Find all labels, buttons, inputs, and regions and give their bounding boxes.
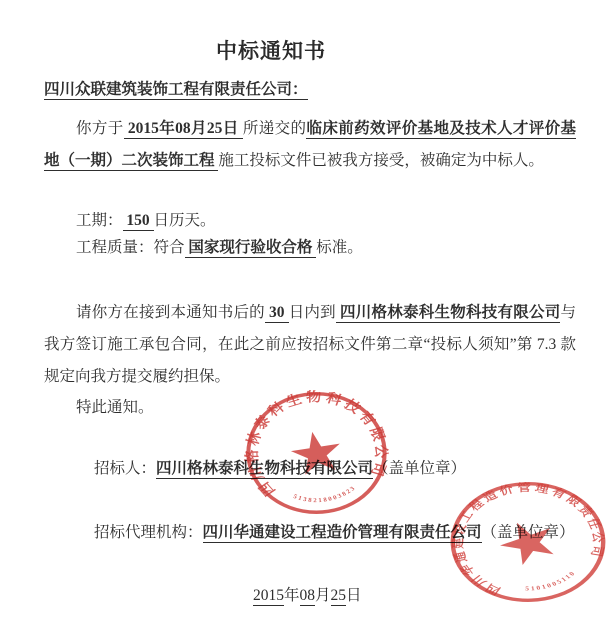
tenderer-company-inline: 四川格林泰科生物科技有限公司	[336, 304, 561, 323]
addressee-line: 四川众联建筑装饰工程有限责任公司：	[44, 80, 308, 100]
agency-label: 招标代理机构：	[94, 524, 203, 541]
date-day-unit: 日	[346, 587, 362, 604]
date-month-unit: 月	[315, 587, 331, 604]
para2-mid: 日内到	[289, 304, 336, 321]
quality-label: 工程质量：符合	[76, 239, 185, 256]
seal-ring-text: 四川格林泰科生物科技有限公司	[244, 390, 389, 502]
tenderer-company-seal: 四川格林泰科生物科技有限公司 5138218003823	[244, 390, 389, 516]
quality-suffix: 标准。	[316, 239, 363, 256]
signature-date: 2015年08月25日	[253, 586, 362, 606]
svg-text:四川格林泰科生物科技有限公司: 四川格林泰科生物科技有限公司	[244, 390, 389, 502]
tenderer-name: 四川格林泰科生物科技有限公司	[156, 460, 373, 479]
seal-ring	[244, 390, 389, 516]
tenderer-line: 招标人：四川格林泰科生物科技有限公司（盖单位章）	[94, 459, 466, 479]
seal-registration-number: 5138218003823	[291, 484, 360, 508]
quality-standard: 国家现行验收合格	[185, 239, 317, 258]
agency-name: 四川华通建设工程造价管理有限责任公司	[203, 524, 482, 543]
contract-instruction-paragraph: 请你方在接到本通知书后的 30 日内到 四川格林泰科生物科技有限公司与我方签订施…	[44, 297, 576, 393]
duration-line: 工期： 150 日历天。	[76, 211, 216, 231]
addressee-company: 四川众联建筑装饰工程有限责任公司：	[44, 81, 308, 100]
para2-lead: 请你方在接到本通知书后的	[76, 304, 265, 321]
tenderer-label: 招标人：	[94, 460, 156, 477]
date-day: 25	[331, 587, 347, 606]
para1-tail: 施工投标文件已被我方接受，被确定为中标人。	[218, 152, 544, 169]
tenderer-seal-note: （盖单位章）	[373, 460, 466, 477]
svg-text:5101005110: 5101005110	[522, 569, 580, 597]
date-month: 08	[300, 587, 316, 606]
agency-line: 招标代理机构：四川华通建设工程造价管理有限责任公司（盖单位章）	[94, 523, 575, 543]
agency-seal-note: （盖单位章）	[482, 524, 575, 541]
para1-lead: 你方于	[76, 120, 124, 137]
svg-text:5138218003823: 5138218003823	[291, 484, 360, 508]
submission-date: 2015年08月25日	[124, 120, 243, 139]
deadline-days: 30	[265, 304, 289, 323]
closing-line: 特此通知。	[76, 398, 154, 418]
document-title: 中标通知书	[45, 35, 497, 65]
date-year: 2015	[253, 587, 284, 606]
date-year-unit: 年	[284, 587, 300, 604]
para1-mid: 所递交的	[243, 120, 307, 137]
acceptance-paragraph: 你方于 2015年08月25日 所递交的临床前药效评价基地及技术人才评价基地（一…	[44, 113, 576, 177]
seal-registration-number: 5101005110	[522, 569, 580, 597]
duration-label: 工期：	[76, 212, 123, 229]
duration-suffix: 日历天。	[154, 212, 216, 229]
quality-line: 工程质量：符合 国家现行验收合格 标准。	[76, 238, 363, 258]
duration-value: 150	[123, 212, 154, 231]
award-notice-document: 中标通知书 四川众联建筑装饰工程有限责任公司： 你方于 2015年08月25日 …	[0, 0, 615, 644]
